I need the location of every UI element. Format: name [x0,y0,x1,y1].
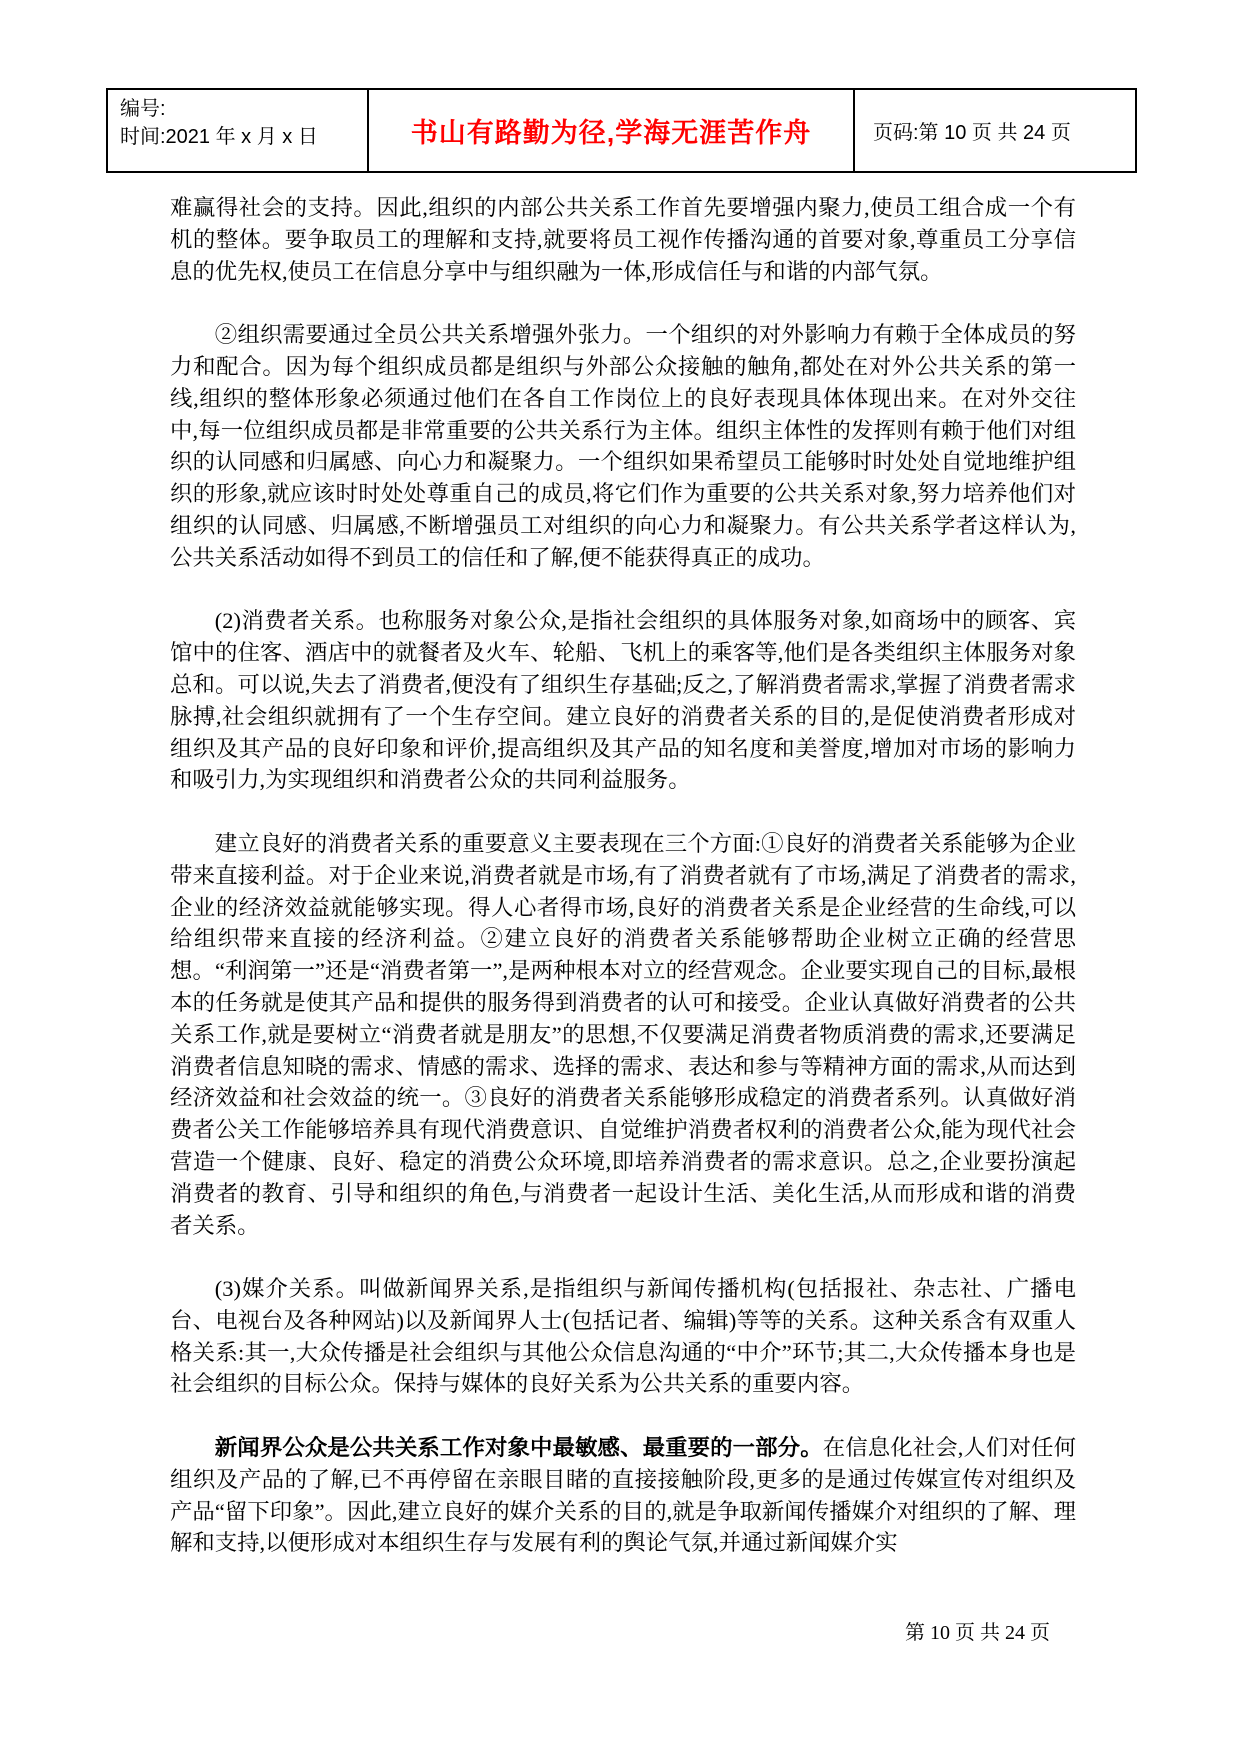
header-page-info: 页码:第 10 页 共 24 页 [873,116,1071,145]
header-page-cell: 页码:第 10 页 共 24 页 [853,90,1135,171]
page-footer: 第 10 页 共 24 页 [905,1616,1050,1645]
paragraph-6-bold-lead: 新闻界公众是公共关系工作对象中最敏感、最重要的一部分。 [215,1435,823,1460]
paragraph-5: (3)媒介关系。叫做新闻界关系,是指组织与新闻传播机构(包括报社、杂志社、广播电… [170,1273,1076,1400]
paragraph-2: ②组织需要通过全员公共关系增强外张力。一个组织的对外影响力有赖于全体成员的努力和… [170,319,1076,573]
document-page: 编号: 时间:2021 年 x 月 x 日 书山有路勤为径,学海无涯苦作舟 页码… [0,0,1241,1754]
doc-number-label: 编号: [120,95,363,123]
paragraph-4: 建立良好的消费者关系的重要意义主要表现在三个方面:①良好的消费者关系能够为企业带… [170,828,1076,1241]
paragraph-3: (2)消费者关系。也称服务对象公众,是指社会组织的具体服务对象,如商场中的顾客、… [170,605,1076,796]
paragraph-1: 难赢得社会的支持。因此,组织的内部公共关系工作首先要增强内聚力,使员工组合成一个… [170,192,1076,287]
footer-page-number: 第 10 页 共 24 页 [905,1622,1050,1644]
header-table: 编号: 时间:2021 年 x 月 x 日 书山有路勤为径,学海无涯苦作舟 页码… [106,88,1137,173]
paragraph-6: 新闻界公众是公共关系工作对象中最敏感、最重要的一部分。在信息化社会,人们对任何组… [170,1432,1076,1559]
header-motto-cell: 书山有路勤为径,学海无涯苦作舟 [367,90,853,171]
document-body: 难赢得社会的支持。因此,组织的内部公共关系工作首先要增强内聚力,使员工组合成一个… [170,192,1076,1591]
motto-text: 书山有路勤为径,学海无涯苦作舟 [411,111,812,150]
header-number-date-cell: 编号: 时间:2021 年 x 月 x 日 [108,90,367,171]
doc-date-label: 时间:2021 年 x 月 x 日 [120,123,363,151]
